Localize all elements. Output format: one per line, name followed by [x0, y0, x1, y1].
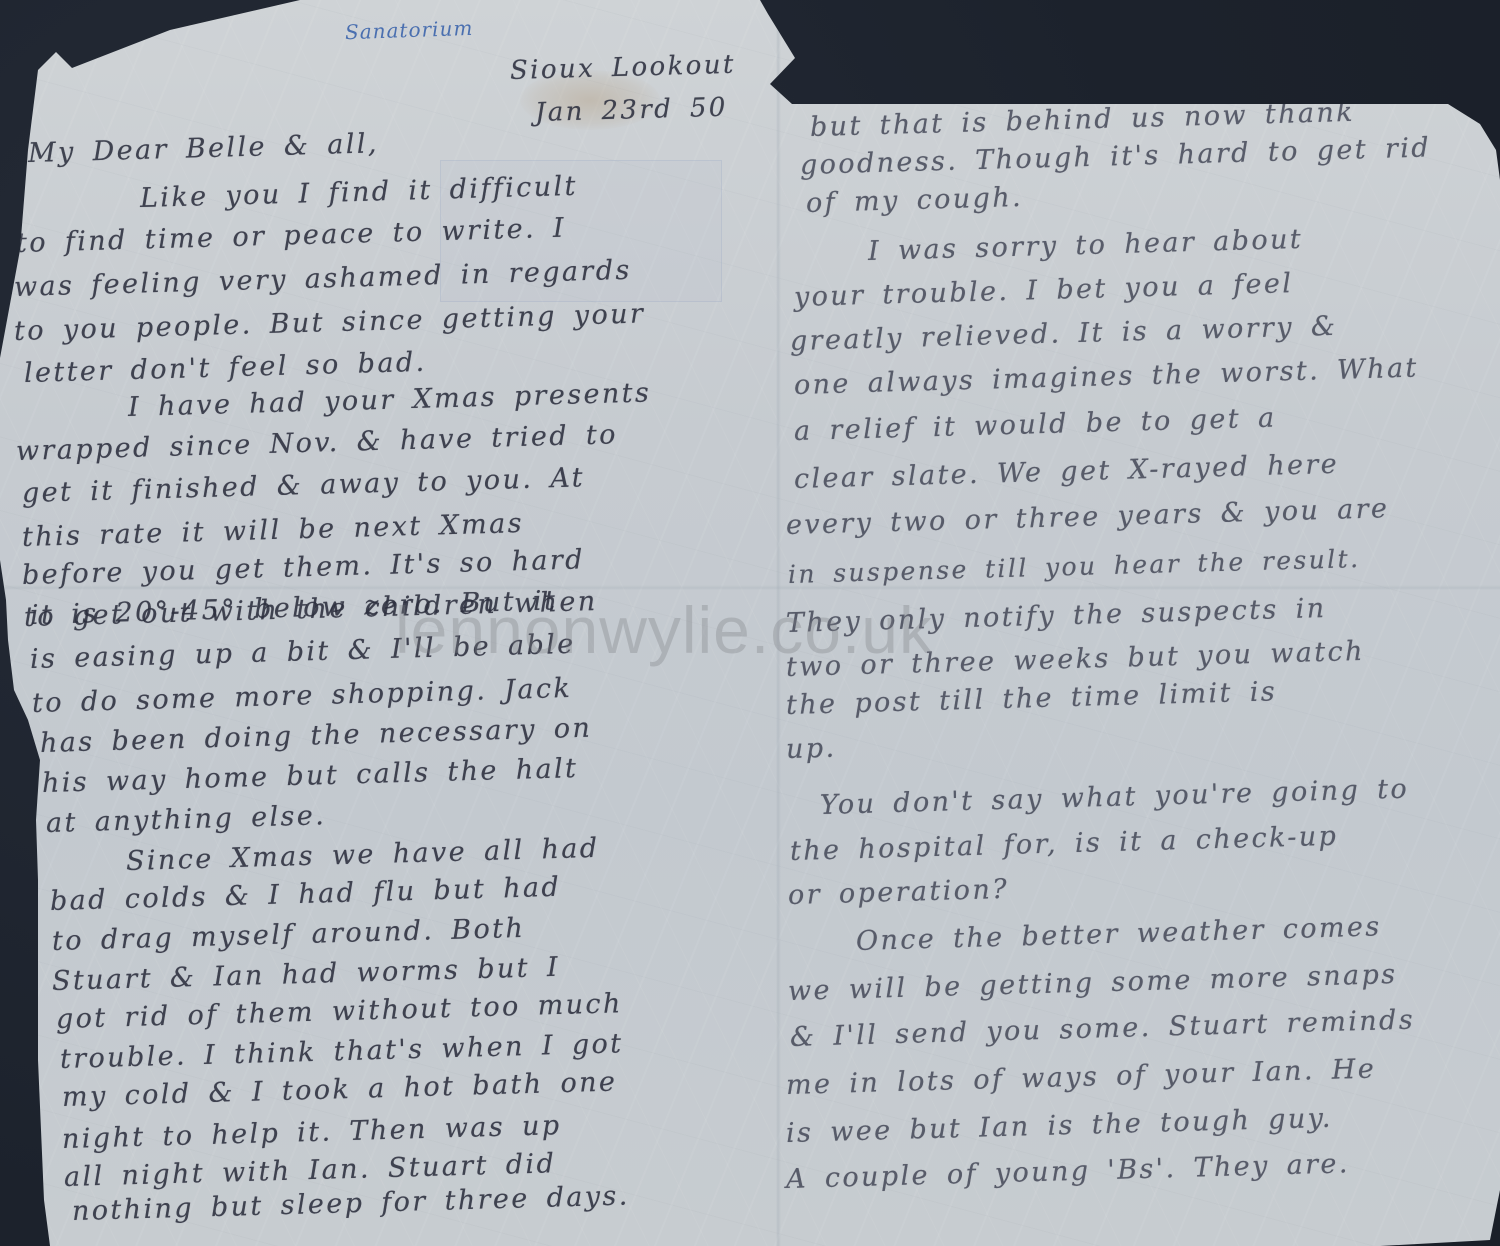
right-line: greatly relieved. It is a worry & [790, 311, 1338, 357]
right-line: You don't say what you're going to [820, 774, 1410, 821]
left-line: his way home but calls the halt [42, 753, 579, 799]
left-line: night to help it. Then was up [62, 1110, 562, 1155]
left-line: Stuart & Ian had worms but I [52, 952, 561, 997]
right-line: in suspense till you hear the result. [788, 544, 1361, 589]
right-line: we will be getting some more snaps [788, 959, 1398, 1007]
letter-salutation: My Dear Belle & all, [28, 128, 380, 169]
left-line: bad colds & I had flu but had [50, 872, 562, 917]
left-line: to you people. But since getting your [14, 298, 646, 347]
letter-scan: Sanatorium Sioux Lookout Jan 23rd 50 My … [0, 0, 1500, 1246]
left-line: I have had your Xmas presents [128, 377, 652, 423]
left-line: letter don't feel so bad. [24, 347, 427, 389]
letter-date: Jan 23rd 50 [535, 93, 729, 128]
right-line: I was sorry to hear about [868, 224, 1304, 267]
left-line: to drag myself around. Both [52, 913, 526, 957]
right-line: the post till the time limit is [786, 676, 1278, 721]
right-line: is wee but Ian is the tough guy. [786, 1103, 1334, 1149]
left-line: to do some more shopping. Jack [32, 673, 573, 719]
letter-address: Sioux Lookout [510, 50, 737, 86]
right-line: me in lots of ways of your Ian. He [786, 1054, 1377, 1101]
right-line: a relief it would be to get a [794, 403, 1277, 447]
left-line: got rid of them without too much [56, 988, 624, 1035]
site-watermark: lennonwylie.co.uk [395, 592, 933, 668]
left-line: wrapped since Nov. & have tried to [16, 419, 619, 467]
right-line: one always imagines the worst. What [794, 353, 1420, 401]
letter-paper: Sanatorium Sioux Lookout Jan 23rd 50 My … [0, 0, 1500, 1246]
right-line: A couple of young 'Bs'. They are. [786, 1148, 1351, 1195]
right-line: Once the better weather comes [856, 911, 1382, 957]
right-line: of my cough. [806, 182, 1024, 219]
left-line: this rate it will be next Xmas [22, 508, 525, 553]
left-line: get it finished & away to you. At [22, 462, 586, 509]
right-line: & I'll send you some. Stuart reminds [790, 1005, 1416, 1053]
left-line: Since Xmas we have all had [126, 833, 600, 877]
sanatorium-annotation: Sanatorium [345, 16, 474, 44]
left-line: at anything else. [46, 800, 327, 839]
right-line: clear slate. We get X-rayed here [794, 449, 1340, 495]
right-line: your trouble. I bet you a feel [794, 268, 1294, 313]
right-line: up. [786, 733, 837, 765]
left-line: before you get them. It's so hard [22, 544, 586, 591]
right-line: the hospital for, is it a check-up [790, 821, 1339, 867]
right-line: or operation? [788, 874, 1010, 911]
left-line: has been doing the necessary on [40, 713, 593, 759]
left-line: my cold & I took a hot bath one [62, 1066, 618, 1112]
right-line: every two or three years & you are [786, 493, 1390, 541]
